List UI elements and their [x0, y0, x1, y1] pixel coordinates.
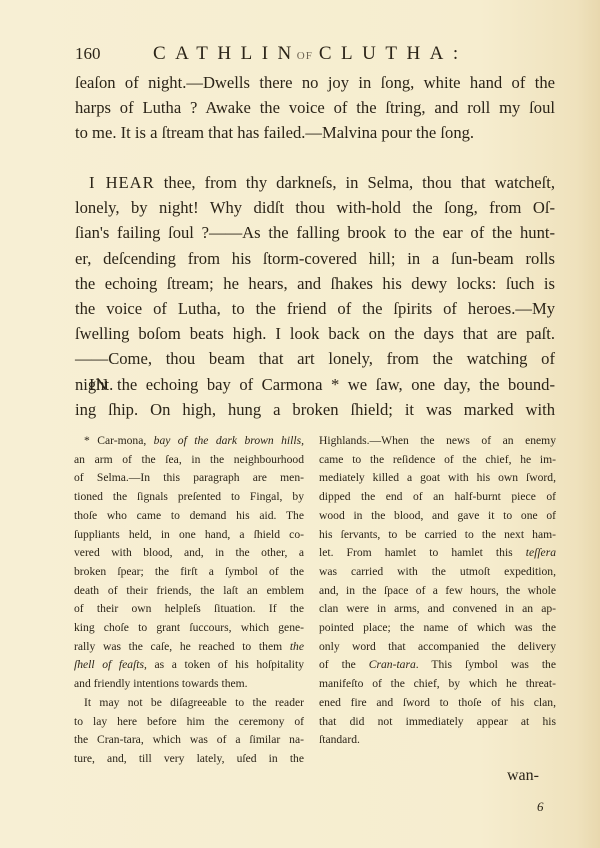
text-run: the echoing bay of Carmona * we ſaw, one…: [109, 375, 555, 394]
footnote-line: manifeſto of the chief, by which he thre…: [319, 675, 556, 694]
running-head: 160 CATHLINOFCLUTHA:: [75, 44, 555, 70]
text-line: harps of Lutha ? Awake the voice of the …: [75, 95, 555, 120]
footnote-line: It may not be diſagreeable to the reader: [74, 694, 304, 713]
book-page: 160 CATHLINOFCLUTHA: ſeaſon of night.—Dw…: [0, 0, 600, 848]
footnote-line: thoſe who came to demand his aid. The: [74, 507, 304, 526]
text-line: to me. It is a ſtream that has failed.—M…: [75, 120, 555, 145]
footnote-line: vered with blood, and, in the other, a: [74, 544, 304, 563]
text-line: the echoing ſtream; he hears, and ſhakes…: [75, 271, 555, 296]
title-of: OF: [297, 50, 313, 62]
text-line: ſian's failing ſoul ?——As the falling br…: [75, 220, 555, 245]
title-part-1: CATHLIN: [153, 43, 301, 64]
paragraph-3: IN the echoing bay of Carmona * we ſaw, …: [75, 372, 555, 422]
text-line: I HEAR thee, from thy darkneſs, in Selma…: [75, 170, 555, 195]
footnote-line: clan were in arms, and convened in an ap…: [319, 600, 556, 619]
text-line: ſeaſon of night.—Dwells there no joy in …: [75, 70, 555, 95]
text-line: lonely, by night! Why didſt thou with-ho…: [75, 195, 555, 220]
footnote-line: that did not immediately appear at his: [319, 713, 556, 732]
footnote-column-left: * Car-mona, bay of the dark brown hills,…: [74, 432, 304, 769]
footnote-line: ſtandard.: [319, 731, 556, 750]
footnote-line: of the Cran-tara. This ſymbol was the: [319, 656, 556, 675]
footnote-line: wood in the blood, and gave it to one of: [319, 507, 556, 526]
footnote-line: only word that accompanied the delivery: [319, 638, 556, 657]
paragraph-2: I HEAR thee, from thy darkneſs, in Selma…: [75, 170, 555, 397]
title-part-2: CLUTHA:: [319, 43, 468, 64]
italic-run: bay of the dark brown hills,: [154, 434, 304, 447]
footnote-line: let. From hamlet to hamlet this teſſera: [319, 544, 556, 563]
text-line: ——Come, thou beam that art lonely, from …: [75, 346, 555, 371]
text-run: thee, from thy darkneſs, in Selma, thou …: [155, 173, 555, 192]
footnote-line: and friendly intentions towards them.: [74, 675, 304, 694]
catchword: wan-: [507, 767, 539, 785]
footnote-line: his ſervants, to be carried to the next …: [319, 526, 556, 545]
page-number: 160: [75, 44, 101, 64]
italic-run: the: [290, 640, 304, 653]
text-run: rally was the caſe, he reached to them: [74, 640, 290, 653]
text-line: ſwelling boſom beats high. I look back o…: [75, 321, 555, 346]
italic-run: ſhell of feaſts: [74, 658, 144, 671]
text-line: the voice of Lutha, to the friend of the…: [75, 296, 555, 321]
footnote-line: * Car-mona, bay of the dark brown hills,: [74, 432, 304, 451]
running-title: CATHLINOFCLUTHA:: [153, 43, 468, 65]
text-line: er, deſcending from his ſtorm-covered hi…: [75, 246, 555, 271]
footnote-line: to lay here before him the ceremony of: [74, 713, 304, 732]
footnote-line: broken ſpear; the firſt a ſymbol of the: [74, 563, 304, 582]
paragraph-1: ſeaſon of night.—Dwells there no joy in …: [75, 70, 555, 146]
footnote-line: rally was the caſe, he reached to them t…: [74, 638, 304, 657]
footnote-line: the Cran-tara, which was of a ſimilar na…: [74, 731, 304, 750]
footnote-line: an arm of the ſea, in the neighbourhood: [74, 451, 304, 470]
footnote-line: dipped the end of an half-burnt piece of: [319, 488, 556, 507]
footnote-line: ſhell of feaſts, as a token of his hoſpi…: [74, 656, 304, 675]
footnote-line: death of their friends, the laſt an embl…: [74, 582, 304, 601]
footnote-line: of their own helpleſs ſituation. If the: [74, 600, 304, 619]
footnote-line: and, in the ſpace of a few hours, the wh…: [319, 582, 556, 601]
footnote-line: tioned the ſignals preſented to Fingal, …: [74, 488, 304, 507]
text-run: . This ſymbol was the: [416, 658, 556, 671]
footnote-line: mediately killed a goat with his own ſwo…: [319, 469, 556, 488]
text-run: , as a token of his hoſpitality: [144, 658, 304, 671]
text-run: * Car-mona,: [84, 434, 154, 447]
footnote-line: came to the reſidence of the chief, he i…: [319, 451, 556, 470]
footnote-line: was carried with the utmoſt expedition,: [319, 563, 556, 582]
signature-mark: 6: [537, 799, 544, 815]
footnote-line: ened fire and ſword to thoſe of his clan…: [319, 694, 556, 713]
footnote-line: of Selma.—In this paragraph are men-: [74, 469, 304, 488]
text-line: ing ſhip. On high, hung a broken ſhield;…: [75, 397, 555, 422]
footnote-line: ſuppliants held, in one hand, a ſhield c…: [74, 526, 304, 545]
footnote-line: Highlands.—When the news of an enemy: [319, 432, 556, 451]
text-run: let. From hamlet to hamlet this: [319, 546, 526, 559]
text-run: of the: [319, 658, 369, 671]
footnote-column-right: Highlands.—When the news of an enemy cam…: [319, 432, 556, 750]
italic-run: teſſera: [526, 546, 556, 559]
footnote-line: ture, and, till very lately, uſed in the: [74, 750, 304, 769]
footnote-line: pointed place; the name of which was the: [319, 619, 556, 638]
drop-word: IN: [89, 375, 109, 394]
italic-run: Cran-tara: [369, 658, 416, 671]
text-line: IN the echoing bay of Carmona * we ſaw, …: [75, 372, 555, 397]
footnote-line: king choſe to grant ſuccours, which gene…: [74, 619, 304, 638]
drop-word: I HEAR: [89, 173, 155, 192]
